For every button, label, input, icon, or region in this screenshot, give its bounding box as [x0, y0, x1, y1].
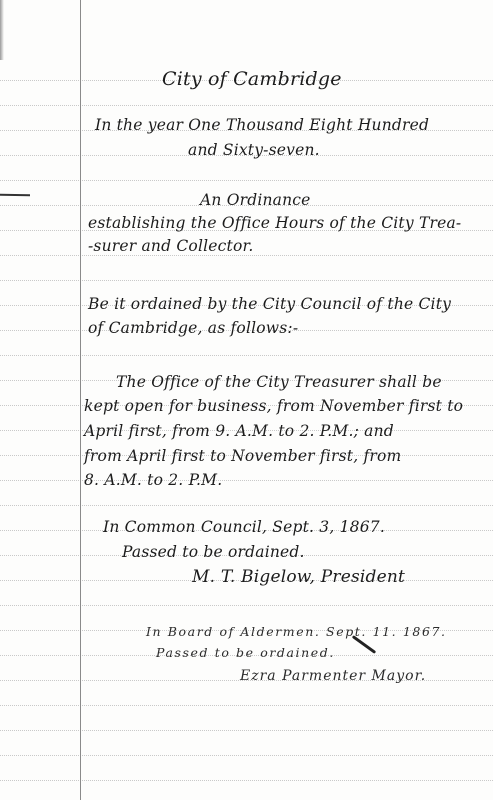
ruled-line [0, 505, 493, 506]
ruled-line [0, 255, 493, 256]
ordinance-body-line: 8. A.M. to 2. P.M. [84, 471, 222, 489]
page-edge-shadow [0, 0, 4, 60]
common-council-line: In Common Council, Sept. 3, 1867. [103, 518, 385, 536]
ordinance-subject-line-1: establishing the Office Hours of the Cit… [88, 214, 461, 232]
ruled-line [0, 280, 493, 281]
year-line-2: and Sixty-seven. [188, 141, 320, 159]
aldermen-action: Passed to be ordained. [156, 645, 335, 660]
document-page: City of Cambridge In the year One Thousa… [0, 0, 493, 800]
aldermen-signature: Ezra Parmenter Mayor. [240, 668, 426, 684]
ruled-line [0, 730, 493, 731]
ruled-line [0, 755, 493, 756]
ordinance-body-line: kept open for business, from November fi… [84, 397, 463, 415]
ruled-line [0, 180, 493, 181]
ruled-line [0, 705, 493, 706]
document-heading: City of Cambridge [162, 68, 342, 90]
ordinance-subject-line-2: -surer and Collector. [88, 237, 254, 255]
ordinance-body-line: April first, from 9. A.M. to 2. P.M.; an… [84, 422, 394, 440]
margin-ink-mark [0, 194, 30, 197]
ordinance-body-line: from April first to November first, from [84, 447, 401, 465]
ruled-line [0, 780, 493, 781]
ruled-line [0, 355, 493, 356]
ruled-line [0, 480, 493, 481]
common-council-action: Passed to be ordained. [122, 543, 305, 561]
ruled-line [0, 605, 493, 606]
aldermen-line: In Board of Aldermen. Sept. 11. 1867. [146, 624, 447, 639]
enacting-clause-line-2: of Cambridge, as follows:- [88, 319, 298, 337]
year-line-1: In the year One Thousand Eight Hundred [95, 116, 429, 134]
ordinance-body-line: The Office of the City Treasurer shall b… [116, 373, 442, 391]
ruled-line [0, 105, 493, 106]
common-council-signature: M. T. Bigelow, President [192, 567, 405, 587]
ordinance-title: An Ordinance [200, 191, 311, 209]
enacting-clause-line-1: Be it ordained by the City Council of th… [88, 295, 451, 313]
margin-line [80, 0, 81, 800]
